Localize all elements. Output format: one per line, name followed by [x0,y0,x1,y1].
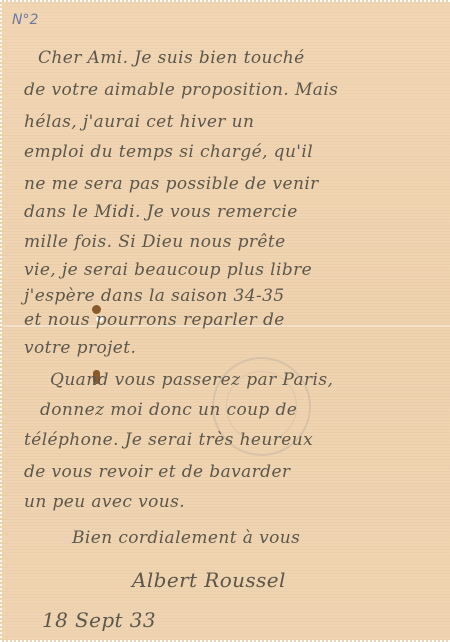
letter-line: de vous revoir et de bavarder [24,462,290,482]
letter-line: donnez moi donc un coup de [40,400,297,420]
reference-number: N°2 [12,12,38,28]
letter-line: hélas, j'aurai cet hiver un [24,112,254,132]
letter-line: mille fois. Si Dieu nous prête [24,232,286,252]
letter-line: Cher Ami. Je suis bien touché [38,48,305,68]
letter-page: N°2 Cher Ami. Je suis bien touché de vot… [0,0,450,642]
letter-line: et nous pourrons reparler de [24,310,285,330]
closing-line: Bien cordialement à vous [72,528,300,548]
letter-line: téléphone. Je serai très heureux [24,430,313,450]
letter-line: emploi du temps si chargé, qu'il [24,142,313,162]
letter-line: votre projet. [24,338,136,358]
letter-line: un peu avec vous. [24,492,185,512]
letter-date: 18 Sept 33 [42,608,156,632]
letter-line: dans le Midi. Je vous remercie [24,202,298,222]
signature: Albert Roussel [132,568,286,592]
letter-line: de votre aimable proposition. Mais [24,80,338,100]
letter-line: ne me sera pas possible de venir [24,174,319,194]
letter-line: j'espère dans la saison 34-35 [24,286,285,306]
letter-line: Quand vous passerez par Paris, [50,370,333,390]
letter-line: vie, je serai beaucoup plus libre [24,260,312,280]
